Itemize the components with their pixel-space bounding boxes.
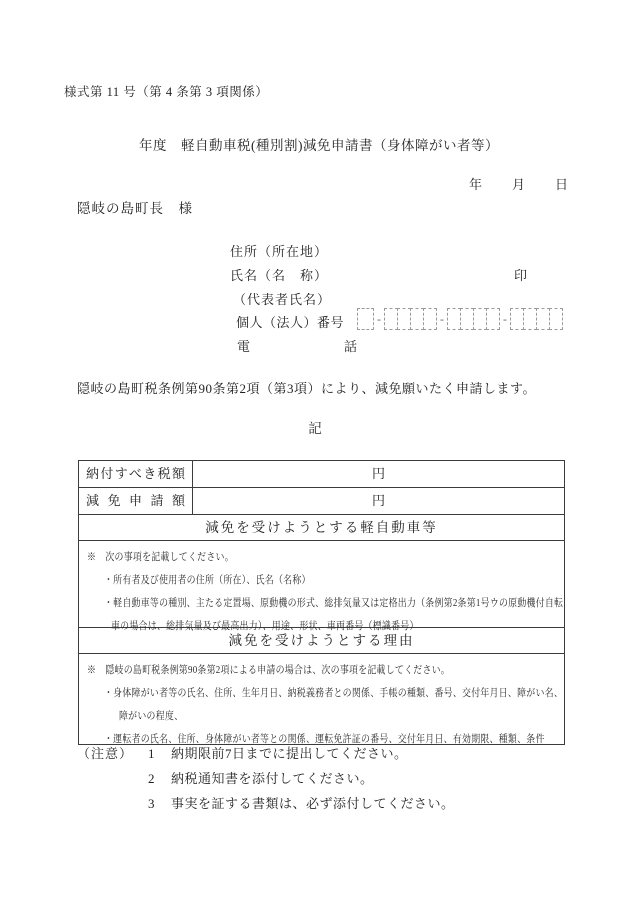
- number-box-separator: -: [377, 308, 381, 330]
- number-box[interactable]: [536, 308, 550, 330]
- number-box[interactable]: [397, 308, 411, 330]
- note-number: 3: [148, 791, 171, 816]
- note-text: 納税通知書を添付してください。: [171, 766, 374, 791]
- number-box[interactable]: [510, 308, 524, 330]
- reason-bullet-1-continued: 障がいの程度、: [87, 703, 564, 726]
- number-box[interactable]: [460, 308, 474, 330]
- vehicle-bullet-2: ・軽自動車等の種別、主たる定置場、原動機の形式、総排気量又は定格出力（条例第2条…: [87, 590, 564, 613]
- tax-due-label: 納付すべき税額: [79, 461, 193, 487]
- form-number: 様式第 11 号（第 4 条第 3 項関係）: [64, 82, 268, 100]
- note-item: 2 納税通知書を添付してください。: [77, 766, 455, 791]
- page-title: 年度 軽自動車税(種別割)減免申請書（身体障がい者等）: [139, 134, 499, 154]
- date-day-label: 日: [555, 174, 568, 193]
- date-year-label: 年: [469, 174, 482, 193]
- number-box[interactable]: [447, 308, 461, 330]
- personal-number-label: 個人（法人）番号: [236, 312, 344, 331]
- number-box[interactable]: [410, 308, 424, 330]
- name-label: 氏名（名 称）: [230, 265, 328, 284]
- representative-name-label: （代表者氏名）: [233, 289, 331, 308]
- note-text: 事実を証する書類は、必ず添付してください。: [171, 791, 455, 816]
- number-box-group: [510, 308, 563, 330]
- date-month-label: 月: [512, 174, 525, 193]
- tax-due-row: 納付すべき税額 円: [79, 461, 564, 488]
- reason-section-body[interactable]: ※ 隠岐の島町税条例第90条第2項による申請の場合は、次の事項を記載してください…: [79, 654, 564, 744]
- notes-caption: （注意）: [77, 741, 148, 766]
- exemption-request-row: 減免申請額 円: [79, 488, 564, 515]
- number-box[interactable]: [523, 308, 537, 330]
- reason-bullet-1: ・身体障がい者等の氏名、住所、生年月日、納税義務者との関係、手帳の種類、番号、交…: [87, 680, 564, 703]
- vehicle-bullet-1: ・所有者及び使用者の住所（所在）、氏名（名称）: [87, 567, 564, 590]
- record-marker: 記: [0, 417, 630, 437]
- notes-block: （注意） 1 納期限前7日までに提出してください。 2 納税通知書を添付してくだ…: [77, 741, 455, 816]
- exemption-request-unit: 円: [372, 493, 385, 508]
- vehicle-section-note: ※ 次の事項を記載してください。: [87, 544, 564, 567]
- note-item: 3 事実を証する書類は、必ず添付してください。: [77, 791, 455, 816]
- phone-label: 電 話: [237, 336, 357, 355]
- number-box[interactable]: [486, 308, 500, 330]
- number-box-group: [384, 308, 437, 330]
- exemption-request-label: 減免申請額: [79, 488, 193, 514]
- number-box-group: [447, 308, 500, 330]
- number-box-separator: -: [440, 308, 444, 330]
- number-box-separator: -: [503, 308, 507, 330]
- address-label: 住所（所在地）: [230, 241, 328, 260]
- number-box[interactable]: [384, 308, 398, 330]
- number-box[interactable]: [549, 308, 563, 330]
- addressee: 隠岐の島町長 様: [77, 197, 193, 217]
- exemption-request-input-area[interactable]: 円: [193, 488, 564, 514]
- note-number: 1: [148, 741, 171, 766]
- vehicle-section-header-row: 減免を受けようとする軽自動車等: [79, 515, 564, 541]
- vehicle-section-body-row: ※ 次の事項を記載してください。 ・所有者及び使用者の住所（所在）、氏名（名称）…: [79, 541, 564, 628]
- personal-number-boxes: ---: [357, 308, 563, 330]
- date-line: 年 月 日: [469, 174, 568, 193]
- number-box[interactable]: [473, 308, 487, 330]
- declaration-sentence: 隠岐の島町税条例第90条第2項（第3項）により、減免願いたく申請します。: [77, 378, 536, 397]
- number-box-group: [357, 308, 374, 330]
- tax-due-unit: 円: [372, 466, 385, 481]
- vehicle-section-header: 減免を受けようとする軽自動車等: [79, 515, 564, 540]
- phone-label-last: 話: [344, 336, 357, 355]
- number-box[interactable]: [357, 308, 374, 330]
- note-text: 納期限前7日までに提出してください。: [171, 741, 408, 766]
- application-table: 納付すべき税額 円 減免申請額 円 減免を受けようとする軽自動車等 ※ 次の事項…: [78, 460, 565, 745]
- tax-due-input-area[interactable]: 円: [193, 461, 564, 487]
- application-form-page: 様式第 11 号（第 4 条第 3 項関係） 年度 軽自動車税(種別割)減免申請…: [0, 0, 630, 903]
- number-box[interactable]: [423, 308, 437, 330]
- phone-label-first: 電: [237, 336, 250, 355]
- vehicle-section-body[interactable]: ※ 次の事項を記載してください。 ・所有者及び使用者の住所（所在）、氏名（名称）…: [79, 541, 564, 627]
- note-item: （注意） 1 納期限前7日までに提出してください。: [77, 741, 455, 766]
- reason-section-note: ※ 隠岐の島町税条例第90条第2項による申請の場合は、次の事項を記載してください…: [87, 657, 564, 680]
- seal-label: 印: [514, 265, 527, 284]
- note-number: 2: [148, 766, 171, 791]
- reason-section-body-row: ※ 隠岐の島町税条例第90条第2項による申請の場合は、次の事項を記載してください…: [79, 654, 564, 744]
